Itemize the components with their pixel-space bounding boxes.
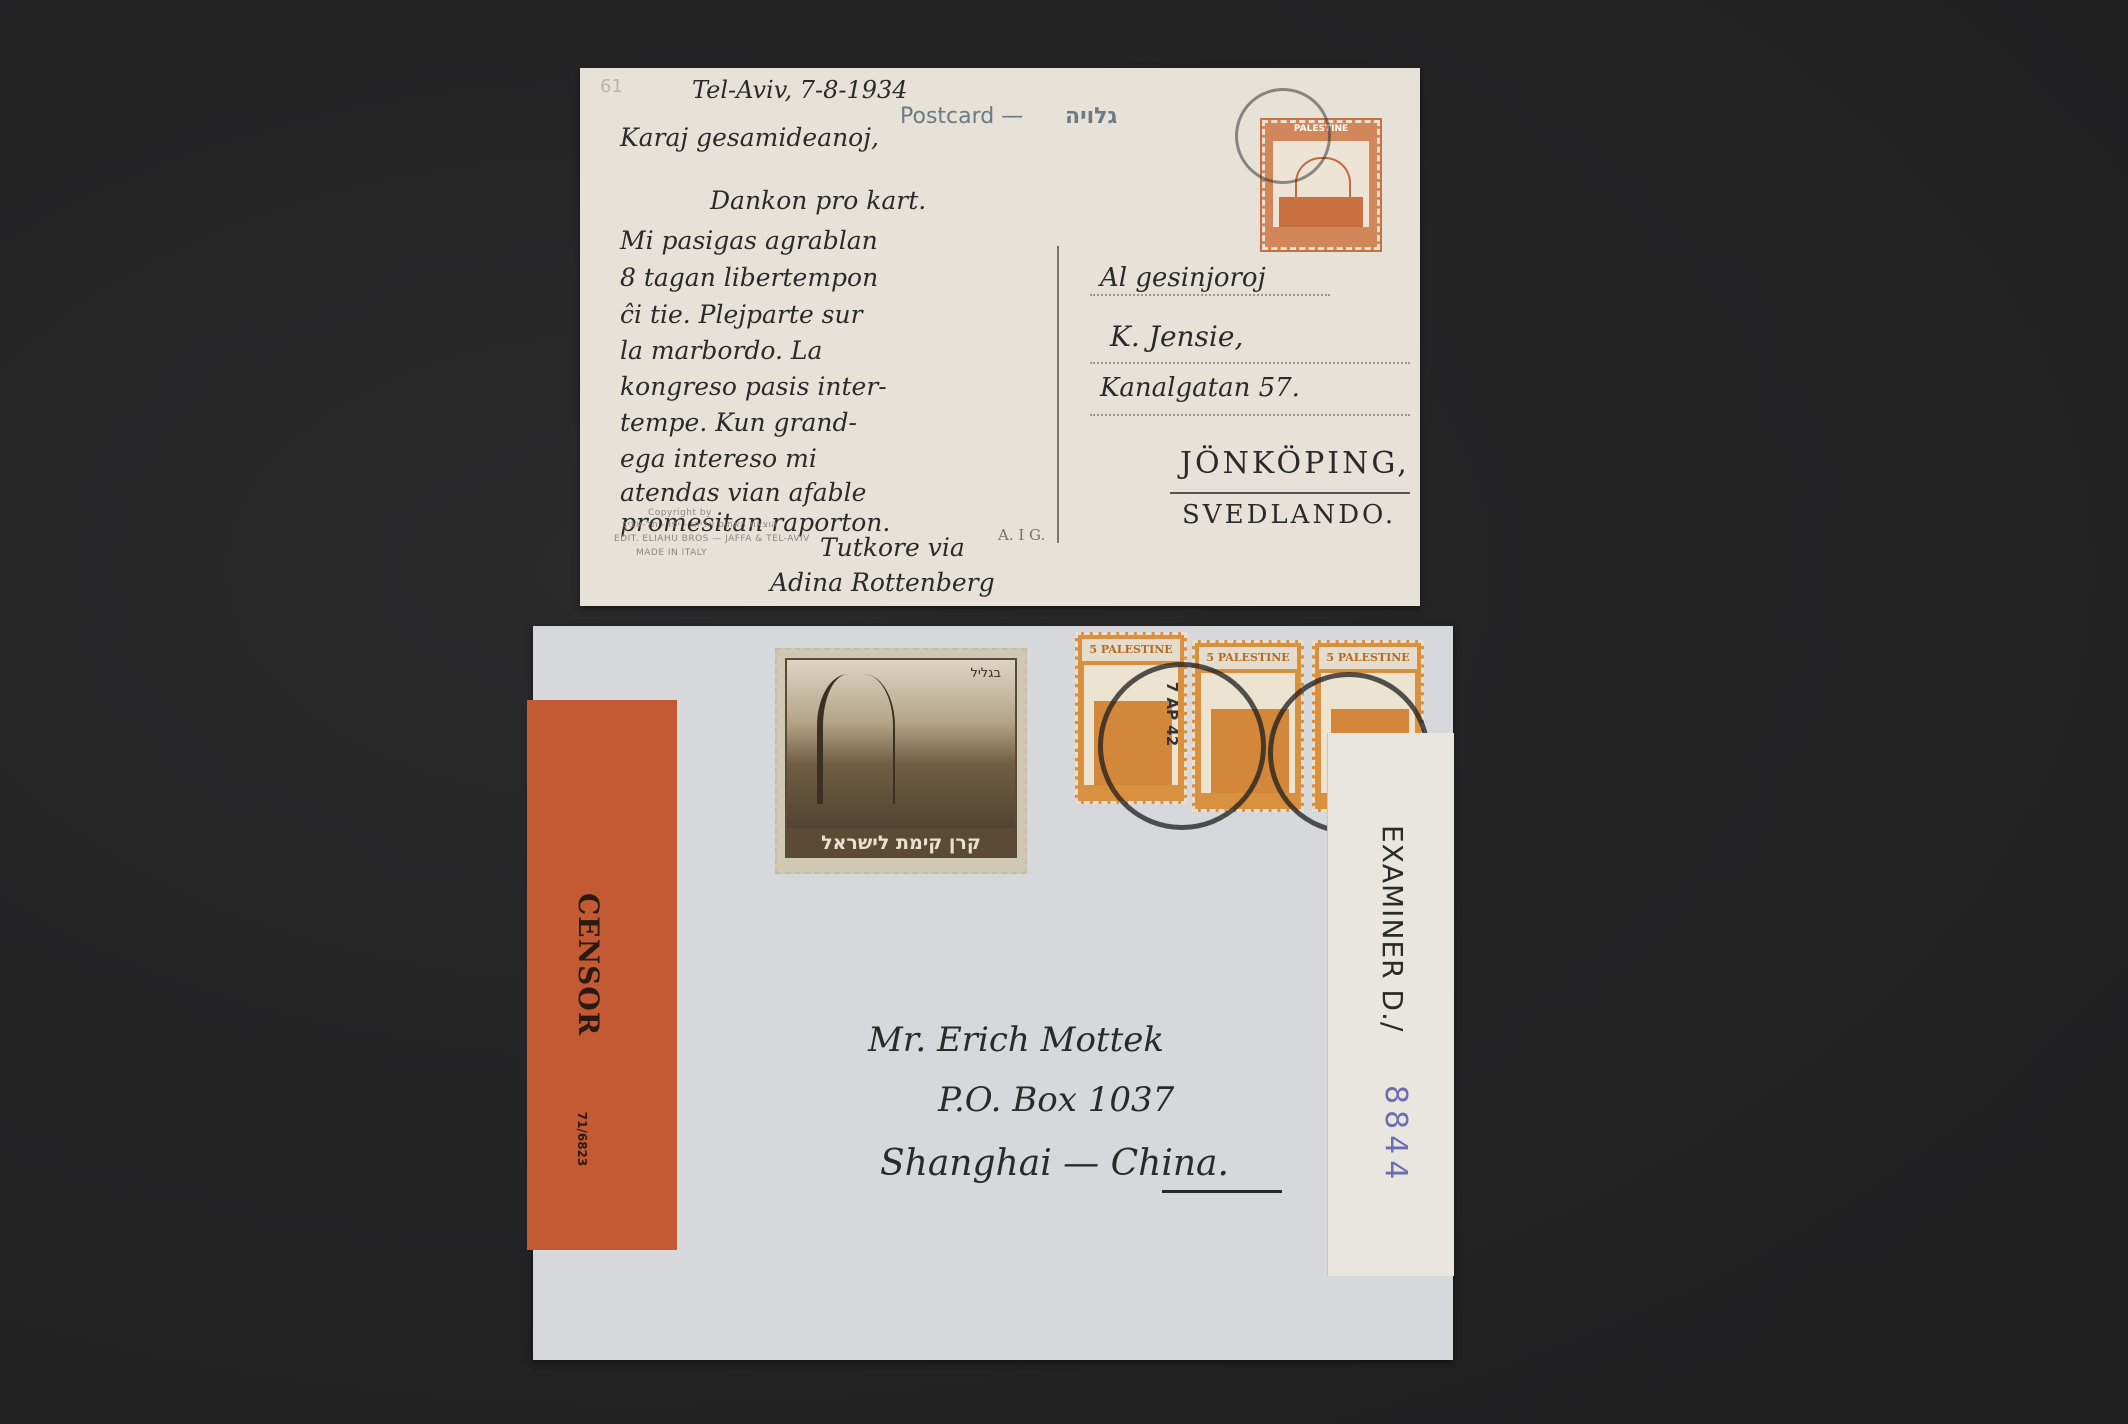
address-line: Mr. Erich Mottek (868, 1020, 1164, 1060)
label-hebrew-top: בגליל (970, 666, 1001, 681)
postmark (1098, 662, 1266, 830)
tree-icon (817, 674, 895, 804)
message-line: ĉi tie. Plejparte sur (620, 300, 863, 329)
message-line: ega intereso mi (620, 444, 817, 473)
printer-code: A. I G. (998, 526, 1045, 544)
address-line: SVEDLANDO. (1182, 500, 1396, 530)
address-line: P.O. Box 1037 (938, 1080, 1174, 1120)
examiner-label: EXAMINER D./ 8844 (1327, 733, 1454, 1276)
censor-number: 71/6823 (575, 1112, 589, 1166)
message-line: Karaj gesamideanoj, (620, 123, 879, 152)
address-line: Shanghai — China. (880, 1143, 1229, 1184)
place-date: Tel-Aviv, 7-8-1934 (692, 76, 908, 104)
catalog-number: 61 (600, 76, 623, 97)
message-line: Dankon pro kart. (710, 186, 926, 215)
examiner-number: 8844 (1378, 1085, 1413, 1185)
message-line: atendas vian afable (620, 478, 866, 507)
divider-line (1057, 246, 1059, 543)
message-line: kongreso pasis inter- (620, 372, 887, 401)
postmark (1235, 88, 1331, 184)
postcard: 61 Tel-Aviv, 7-8-1934 Postcard — גלויה K… (580, 68, 1420, 606)
copyright-hebrew: הוצאת האחים אליהו - יפו - תל-אביב (622, 520, 778, 530)
address-line: Kanalgatan 57. (1100, 373, 1300, 403)
made-in-line: MADE IN ITALY (636, 548, 707, 558)
address-line: Al gesinjoroj (1100, 263, 1266, 293)
censor-text: CENSOR (572, 893, 605, 1036)
examiner-text: EXAMINER D./ (1376, 825, 1409, 1032)
message-line: tempe. Kun grand- (620, 408, 857, 437)
postcard-header-hebrew: גלויה (1065, 104, 1117, 129)
message-line: Mi pasigas agrablan (620, 226, 878, 255)
copyright-line: Copyright by (648, 508, 712, 518)
jnf-label-stamp: בגליל קרן קימת לישראל (775, 648, 1027, 874)
address-line: JÖNKÖPING, (1180, 446, 1410, 481)
publisher-line: EDIT. ELIAHU BROS — JAFFA & TEL-AVIV (614, 534, 810, 544)
postmark-date: 7 AP 42 (1163, 682, 1181, 746)
postcard-header: Postcard — (900, 104, 1023, 129)
censor-label: CENSOR 71/6823 (527, 700, 677, 1250)
underline (1162, 1190, 1282, 1193)
address-line: K. Jensie, (1110, 320, 1243, 353)
message-line: 8 tagan libertempon (620, 263, 878, 292)
label-hebrew-bottom: קרן קימת לישראל (785, 828, 1017, 858)
closing: Tutkore via (820, 533, 965, 562)
signature: Adina Rottenberg (770, 568, 995, 597)
message-line: la marbordo. La (620, 336, 822, 365)
